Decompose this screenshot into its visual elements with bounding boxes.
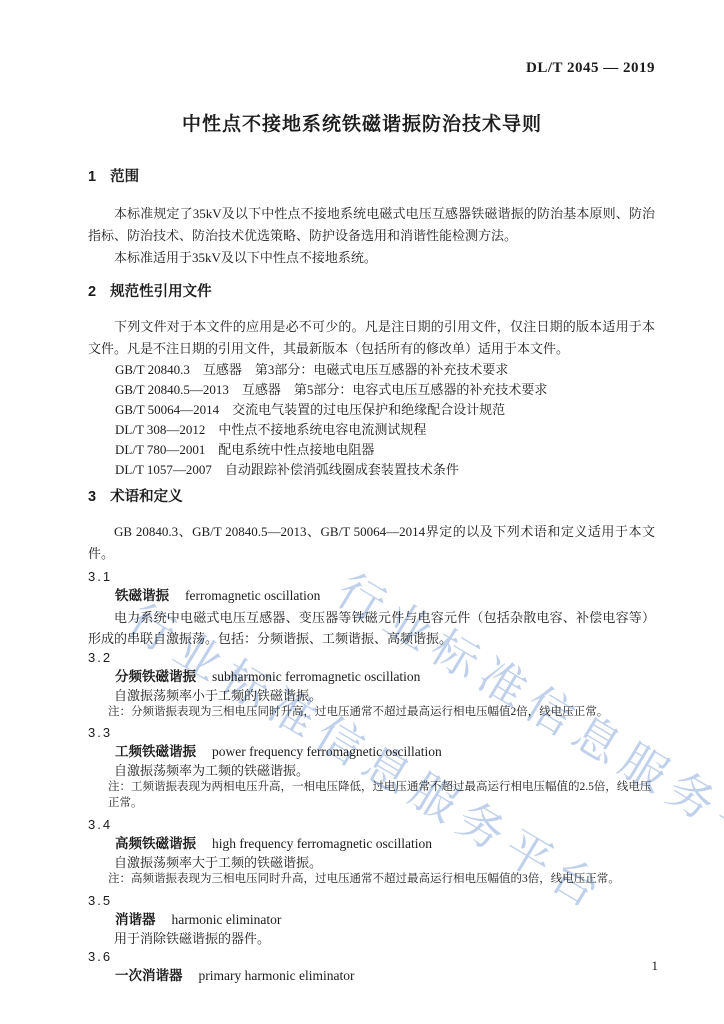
term-chinese: 工频铁磁谐振 xyxy=(115,744,196,759)
reference-list: GB/T 20840.3 互感器 第3部分：电磁式电压互感器的补充技术要求 GB… xyxy=(88,360,655,480)
term-english: harmonic eliminator xyxy=(172,912,282,927)
clause-number: 3.2 xyxy=(88,649,655,666)
references-intro: 下列文件对于本文件的应用是必不可少的。凡是注日期的引用文件，仅注日期的版本适用于… xyxy=(88,316,655,360)
section-number: 3 xyxy=(88,489,96,505)
clause-number: 3.3 xyxy=(88,724,655,741)
term-definition: 用于消除铁磁谐振的器件。 xyxy=(88,931,655,947)
section-title: 范围 xyxy=(110,169,139,185)
section-1-heading: 1范围 xyxy=(88,168,655,186)
standard-number-header: DL/T 2045 — 2019 xyxy=(0,60,724,76)
term-definition: 电力系统中电磁式电压互感器、变压器等铁磁元件与电容元件（包括杂散电容、补偿电容等… xyxy=(88,607,655,649)
term-entry: 工频铁磁谐振power frequency ferromagnetic osci… xyxy=(88,742,655,761)
terms-intro: GB 20840.3、GB/T 20840.5—2013、GB/T 50064—… xyxy=(88,521,655,565)
scope-paragraph: 本标准规定了35kV及以下中性点不接地系统电磁式电压互感器铁磁谐振的防治基本原则… xyxy=(88,203,655,247)
term-english: subharmonic ferromagnetic oscillation xyxy=(212,669,420,684)
term-note: 注：分频谐振表现为三相电压同时升高，过电压通常不超过最高运行相电压幅值2倍，线电… xyxy=(88,704,655,720)
term-note: 注：高频谐振表现为三相电压同时升高，过电压通常不超过最高运行相电压幅值的3倍，线… xyxy=(88,871,655,887)
term-note: 注：工频谐振表现为两相电压升高，一相电压降低，过电压通常不超过最高运行相电压幅值… xyxy=(88,779,655,811)
clause-number: 3.6 xyxy=(88,948,655,965)
section-number: 1 xyxy=(88,169,96,185)
term-chinese: 分频铁磁谐振 xyxy=(115,669,196,684)
section-title: 规范性引用文件 xyxy=(110,284,212,300)
term-english: primary harmonic eliminator xyxy=(199,968,355,983)
reference-item: GB/T 20840.3 互感器 第3部分：电磁式电压互感器的补充技术要求 xyxy=(88,360,655,380)
term-definition: 自激振荡频率为工频的铁磁谐振。 xyxy=(88,763,655,779)
term-entry: 高频铁磁谐振high frequency ferromagnetic oscil… xyxy=(88,834,655,853)
term-entry: 分频铁磁谐振subharmonic ferromagnetic oscillat… xyxy=(88,667,655,686)
reference-item: GB/T 20840.5—2013 互感器 第5部分：电容式电压互感器的补充技术… xyxy=(88,380,655,400)
term-english: high frequency ferromagnetic oscillation xyxy=(212,836,432,851)
clause-number: 3.4 xyxy=(88,816,655,833)
reference-item: DL/T 780—2001 配电系统中性点接地电阻器 xyxy=(88,440,655,460)
clause-number: 3.1 xyxy=(88,568,655,585)
document-body: 1范围 本标准规定了35kV及以下中性点不接地系统电磁式电压互感器铁磁谐振的防治… xyxy=(88,168,655,985)
section-number: 2 xyxy=(88,284,96,300)
term-chinese: 消谐器 xyxy=(115,912,156,927)
reference-item: DL/T 308—2012 中性点不接地系统电容电流测试规程 xyxy=(88,420,655,440)
reference-item: DL/T 1057—2007 自动跟踪补偿消弧线圈成套装置技术条件 xyxy=(88,460,655,480)
scope-paragraph: 本标准适用于35kV及以下中性点不接地系统。 xyxy=(88,247,655,269)
section-3-heading: 3术语和定义 xyxy=(88,488,655,506)
term-chinese: 高频铁磁谐振 xyxy=(115,836,196,851)
term-entry: 铁磁谐振ferromagnetic oscillation xyxy=(88,586,655,605)
term-entry: 消谐器harmonic eliminator xyxy=(88,910,655,929)
term-chinese: 一次消谐器 xyxy=(115,968,183,983)
term-definition: 自激振荡频率大于工频的铁磁谐振。 xyxy=(88,855,655,871)
section-2-heading: 2规范性引用文件 xyxy=(88,283,655,301)
clause-number: 3.5 xyxy=(88,892,655,909)
term-english: ferromagnetic oscillation xyxy=(185,588,320,603)
page-number: 1 xyxy=(652,958,659,974)
reference-item: GB/T 50064—2014 交流电气装置的过电压保护和绝缘配合设计规范 xyxy=(88,400,655,420)
section-title: 术语和定义 xyxy=(110,489,183,505)
document-title: 中性点不接地系统铁磁谐振防治技术导则 xyxy=(0,112,724,138)
document-page: 行业标准信息服务平台 行业标准信息服务平台 DL/T 2045 — 2019 中… xyxy=(0,0,724,1024)
term-english: power frequency ferromagnetic oscillatio… xyxy=(212,744,442,759)
term-entry: 一次消谐器primary harmonic eliminator xyxy=(88,966,655,985)
term-chinese: 铁磁谐振 xyxy=(115,588,169,603)
term-definition: 自激振荡频率小于工频的铁磁谐振。 xyxy=(88,688,655,704)
